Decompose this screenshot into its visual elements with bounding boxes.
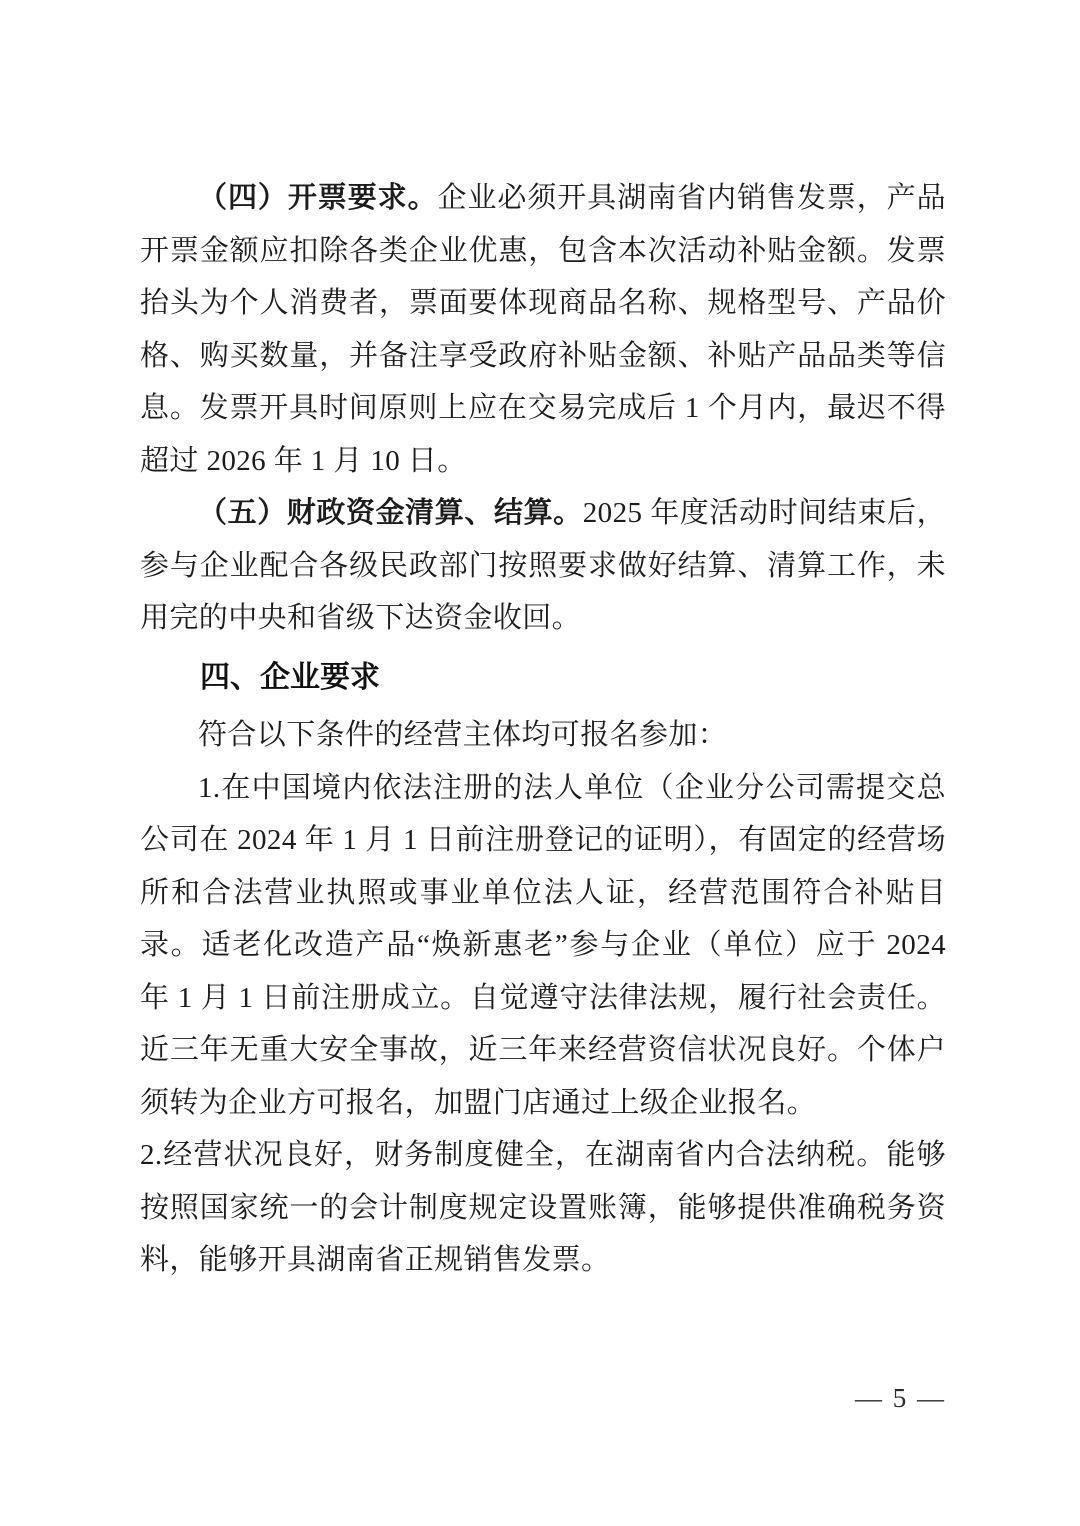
paragraph-eligibility-intro: 符合以下条件的经营主体均可报名参加： xyxy=(140,709,946,762)
section-heading-enterprise-requirements: 四、企业要求 xyxy=(140,652,946,705)
paragraph-invoice-requirements: （四）开票要求。企业必须开具湖南省内销售发票，产品开票金额应扣除各类企业优惠，包… xyxy=(140,172,946,487)
paragraph-requirement-2: 2.经营状况良好，财务制度健全，在湖南省内合法纳税。能够按照国家统一的会计制度规… xyxy=(140,1129,946,1287)
document-body: （四）开票要求。企业必须开具湖南省内销售发票，产品开票金额应扣除各类企业优惠，包… xyxy=(140,172,946,1287)
paragraph-invoice-lead: （四）开票要求。 xyxy=(198,182,438,214)
document-page: （四）开票要求。企业必须开具湖南省内销售发票，产品开票金额应扣除各类企业优惠，包… xyxy=(0,0,1080,1526)
paragraph-settlement-lead: （五）财政资金清算、结算。 xyxy=(198,497,583,529)
paragraph-requirement-1: 1.在中国境内依法注册的法人单位（企业分公司需提交总公司在 2024 年 1 月… xyxy=(140,762,946,1130)
paragraph-invoice-text: 企业必须开具湖南省内销售发票，产品开票金额应扣除各类企业优惠，包含本次活动补贴金… xyxy=(140,182,946,477)
page-number: — 5 — xyxy=(855,1383,946,1414)
paragraph-fund-settlement: （五）财政资金清算、结算。2025 年度活动时间结束后，参与企业配合各级民政部门… xyxy=(140,487,946,645)
